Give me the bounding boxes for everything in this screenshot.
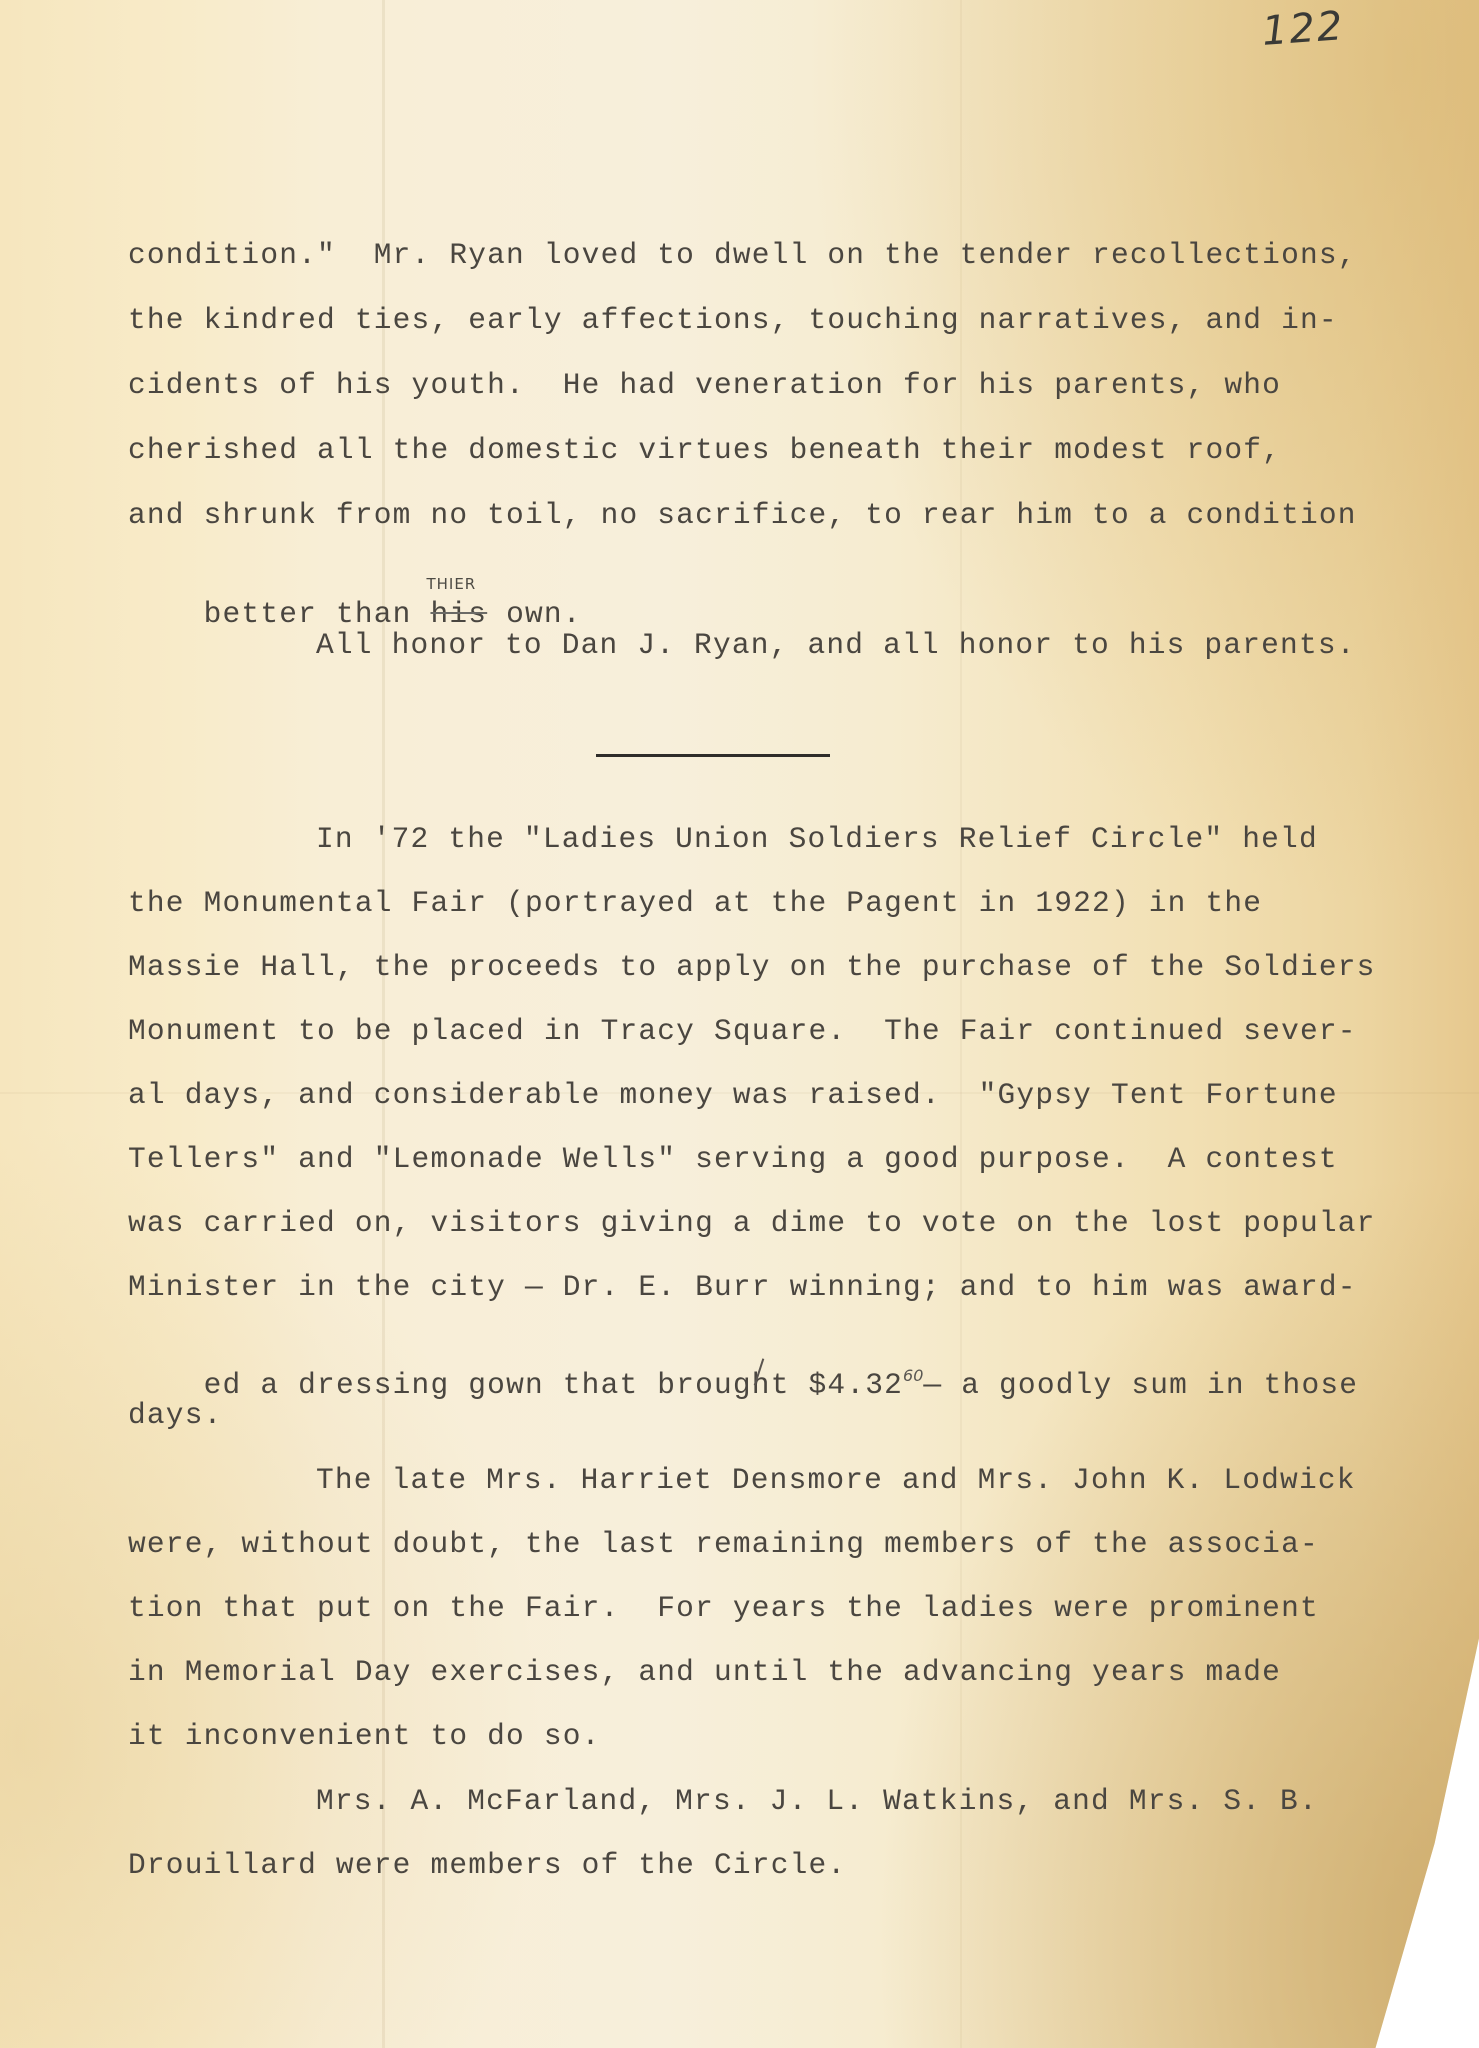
text-line: Monument to be placed in Tracy Square. T… bbox=[128, 1014, 1357, 1048]
text-line: it inconvenient to do so. bbox=[128, 1719, 601, 1753]
handwritten-correction: THIER bbox=[426, 575, 476, 593]
text-line: Tellers" and "Lemonade Wells" serving a … bbox=[128, 1142, 1338, 1176]
text-line: condition." Mr. Ryan loved to dwell on t… bbox=[128, 238, 1357, 272]
text-line: was carried on, visitors giving a dime t… bbox=[128, 1206, 1376, 1240]
text-line: Mrs. A. McFarland, Mrs. J. L. Watkins, a… bbox=[316, 1784, 1318, 1818]
text-line: the Monumental Fair (portrayed at the Pa… bbox=[128, 886, 1262, 920]
text-line: and shrunk from no toil, no sacrifice, t… bbox=[128, 498, 1357, 532]
text-line: tion that put on the Fair. For years the… bbox=[128, 1591, 1319, 1625]
document-page: 122 condition." Mr. Ryan loved to dwell … bbox=[0, 0, 1479, 2048]
text-line: The late Mrs. Harriet Densmore and Mrs. … bbox=[316, 1463, 1356, 1497]
text-line: cidents of his youth. He had veneration … bbox=[128, 368, 1281, 402]
text-line: al days, and considerable money was rais… bbox=[128, 1078, 1338, 1112]
text-fragment: better than bbox=[204, 597, 431, 631]
text-fragment: own. bbox=[487, 597, 582, 631]
text-fragment: ed a dressing gown that brought $4.32 bbox=[204, 1368, 903, 1402]
text-line: cherished all the domestic virtues benea… bbox=[128, 433, 1281, 467]
text-line: Massie Hall, the proceeds to apply on th… bbox=[128, 950, 1376, 984]
text-line: days. bbox=[128, 1398, 223, 1432]
text-fragment: — a goodly sum in those bbox=[923, 1368, 1358, 1402]
text-line: All honor to Dan J. Ryan, and all honor … bbox=[316, 628, 1356, 662]
struck-text: his bbox=[430, 597, 487, 631]
text-line: in Memorial Day exercises, and until the… bbox=[128, 1655, 1281, 1689]
struck-word: THIERhis bbox=[430, 597, 487, 631]
text-line: Minister in the city — Dr. E. Burr winni… bbox=[128, 1270, 1357, 1304]
text-line: In '72 the "Ladies Union Soldiers Relief… bbox=[316, 822, 1318, 856]
text-line: Drouillard were members of the Circle. bbox=[128, 1848, 846, 1882]
text-line: the kindred ties, early affections, touc… bbox=[128, 303, 1338, 337]
handwritten-amount-annotation: 60 bbox=[903, 1366, 923, 1385]
handwritten-page-number: 122 bbox=[1260, 3, 1345, 55]
text-line: were, without doubt, the last remaining … bbox=[128, 1527, 1319, 1561]
text-line-with-annotation: ed a dressing gown that brought $4.3260—… bbox=[128, 1334, 1358, 1436]
section-divider bbox=[596, 754, 830, 757]
